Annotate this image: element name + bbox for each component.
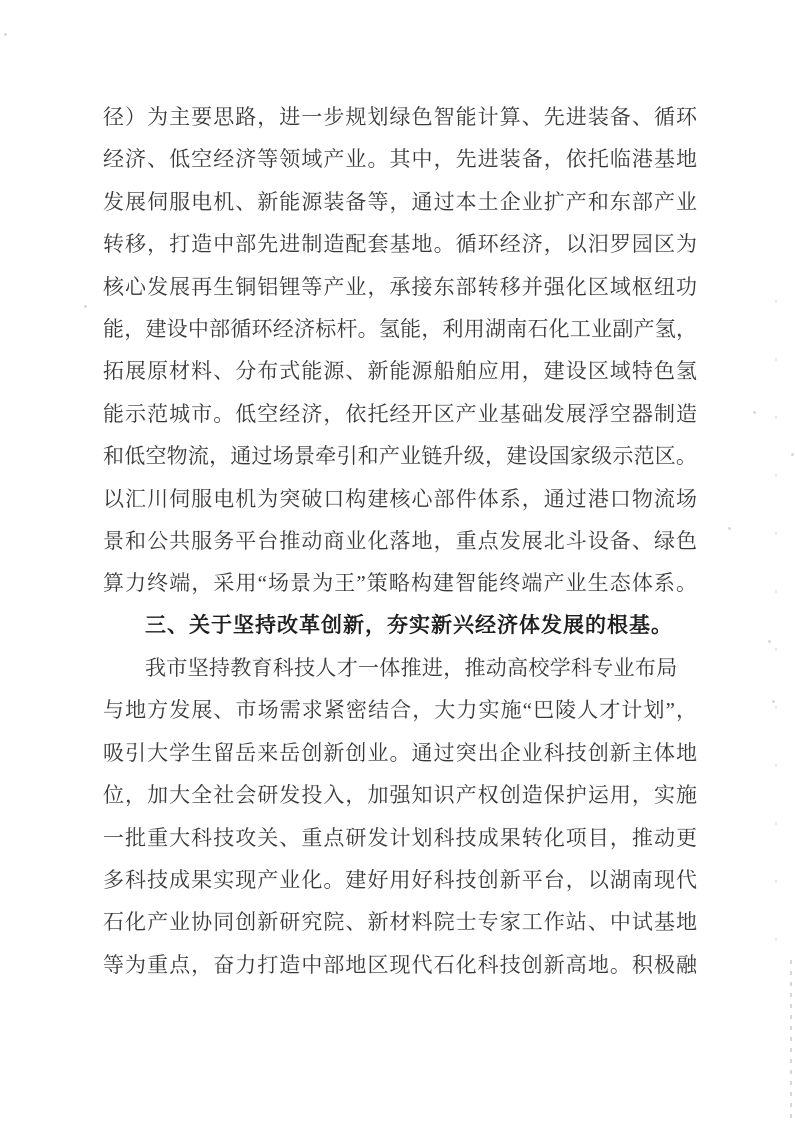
body-line: 多科技成果实现产业化。建好用好科技创新平台，以湖南现代 [103,859,697,901]
body-line: 能示范城市。低空经济，依托经开区产业基础发展浮空器制造 [103,393,697,435]
scan-speck [84,305,87,308]
body-line: 以汇川伺服电机为突破口构建核心部件体系，通过港口物流场 [103,478,697,520]
body-line: 一批重大科技攻关、重点研发计划科技成果转化项目，推动更 [103,817,697,859]
paragraph-two-first-line: 我市坚持教育科技人才一体推进，推动高校学科专业布局 [103,647,697,689]
body-line: 石化产业协同创新研究院、新材料院士专家工作站、中试基地 [103,901,697,943]
body-line: 景和公共服务平台推动商业化落地，重点发展北斗设备、绿色 [103,520,697,562]
scan-edge-artifact [790,960,792,1122]
body-line: 发展伺服电机、新能源装备等，通过本土企业扩产和东部产业 [103,181,697,223]
body-line: 能，建设中部循环经济标杆。氢能，利用湖南石化工业副产氢， [103,308,697,350]
body-line: 与地方发展、市场需求紧密结合，大力实施“巴陵人才计划”， [103,689,697,731]
body-line: 径）为主要思路，进一步规划绿色智能计算、先进装备、循环 [103,96,697,138]
section-heading: 三、关于坚持改革创新，夯实新兴经济体发展的根基。 [103,605,697,647]
body-line: 等为重点，奋力打造中部地区现代石化科技创新高地。积极融 [103,944,697,986]
scanned-document-page: 径）为主要思路，进一步规划绿色智能计算、先进装备、循环经济、低空经济等领域产业。… [0,0,795,1122]
paragraph-one-continuation: 径）为主要思路，进一步规划绿色智能计算、先进装备、循环经济、低空经济等领域产业。… [103,96,697,605]
body-line: 算力终端，采用“场景为王”策略构建智能终端产业生态体系。 [103,562,697,604]
body-line: 拓展原材料、分布式能源、新能源船舶应用，建设区域特色氢 [103,350,697,392]
scan-speck [728,527,731,530]
scan-speck [753,411,756,414]
body-line: 转移，打造中部先进制造配套基地。循环经济，以汨罗园区为 [103,223,697,265]
body-line: 和低空物流，通过场景牵引和产业链升级，建设国家级示范区。 [103,435,697,477]
scan-edge-artifact-faint [775,300,777,960]
paragraph-two-continuation: 与地方发展、市场需求紧密结合，大力实施“巴陵人才计划”，吸引大学生留岳来岳创新创… [103,689,697,986]
scan-speck [791,453,794,456]
scan-speck [4,33,7,36]
body-line: 核心发展再生铜铝锂等产业，承接东部转移并强化区域枢纽功 [103,266,697,308]
body-line: 经济、低空经济等领域产业。其中，先进装备，依托临港基地 [103,138,697,180]
body-line: 位，加大全社会研发投入，加强知识产权创造保护运用，实施 [103,774,697,816]
document-text-block: 径）为主要思路，进一步规划绿色智能计算、先进装备、循环经济、低空经济等领域产业。… [103,96,697,986]
body-line: 吸引大学生留岳来岳创新创业。通过突出企业科技创新主体地 [103,732,697,774]
scan-speck [768,640,771,643]
